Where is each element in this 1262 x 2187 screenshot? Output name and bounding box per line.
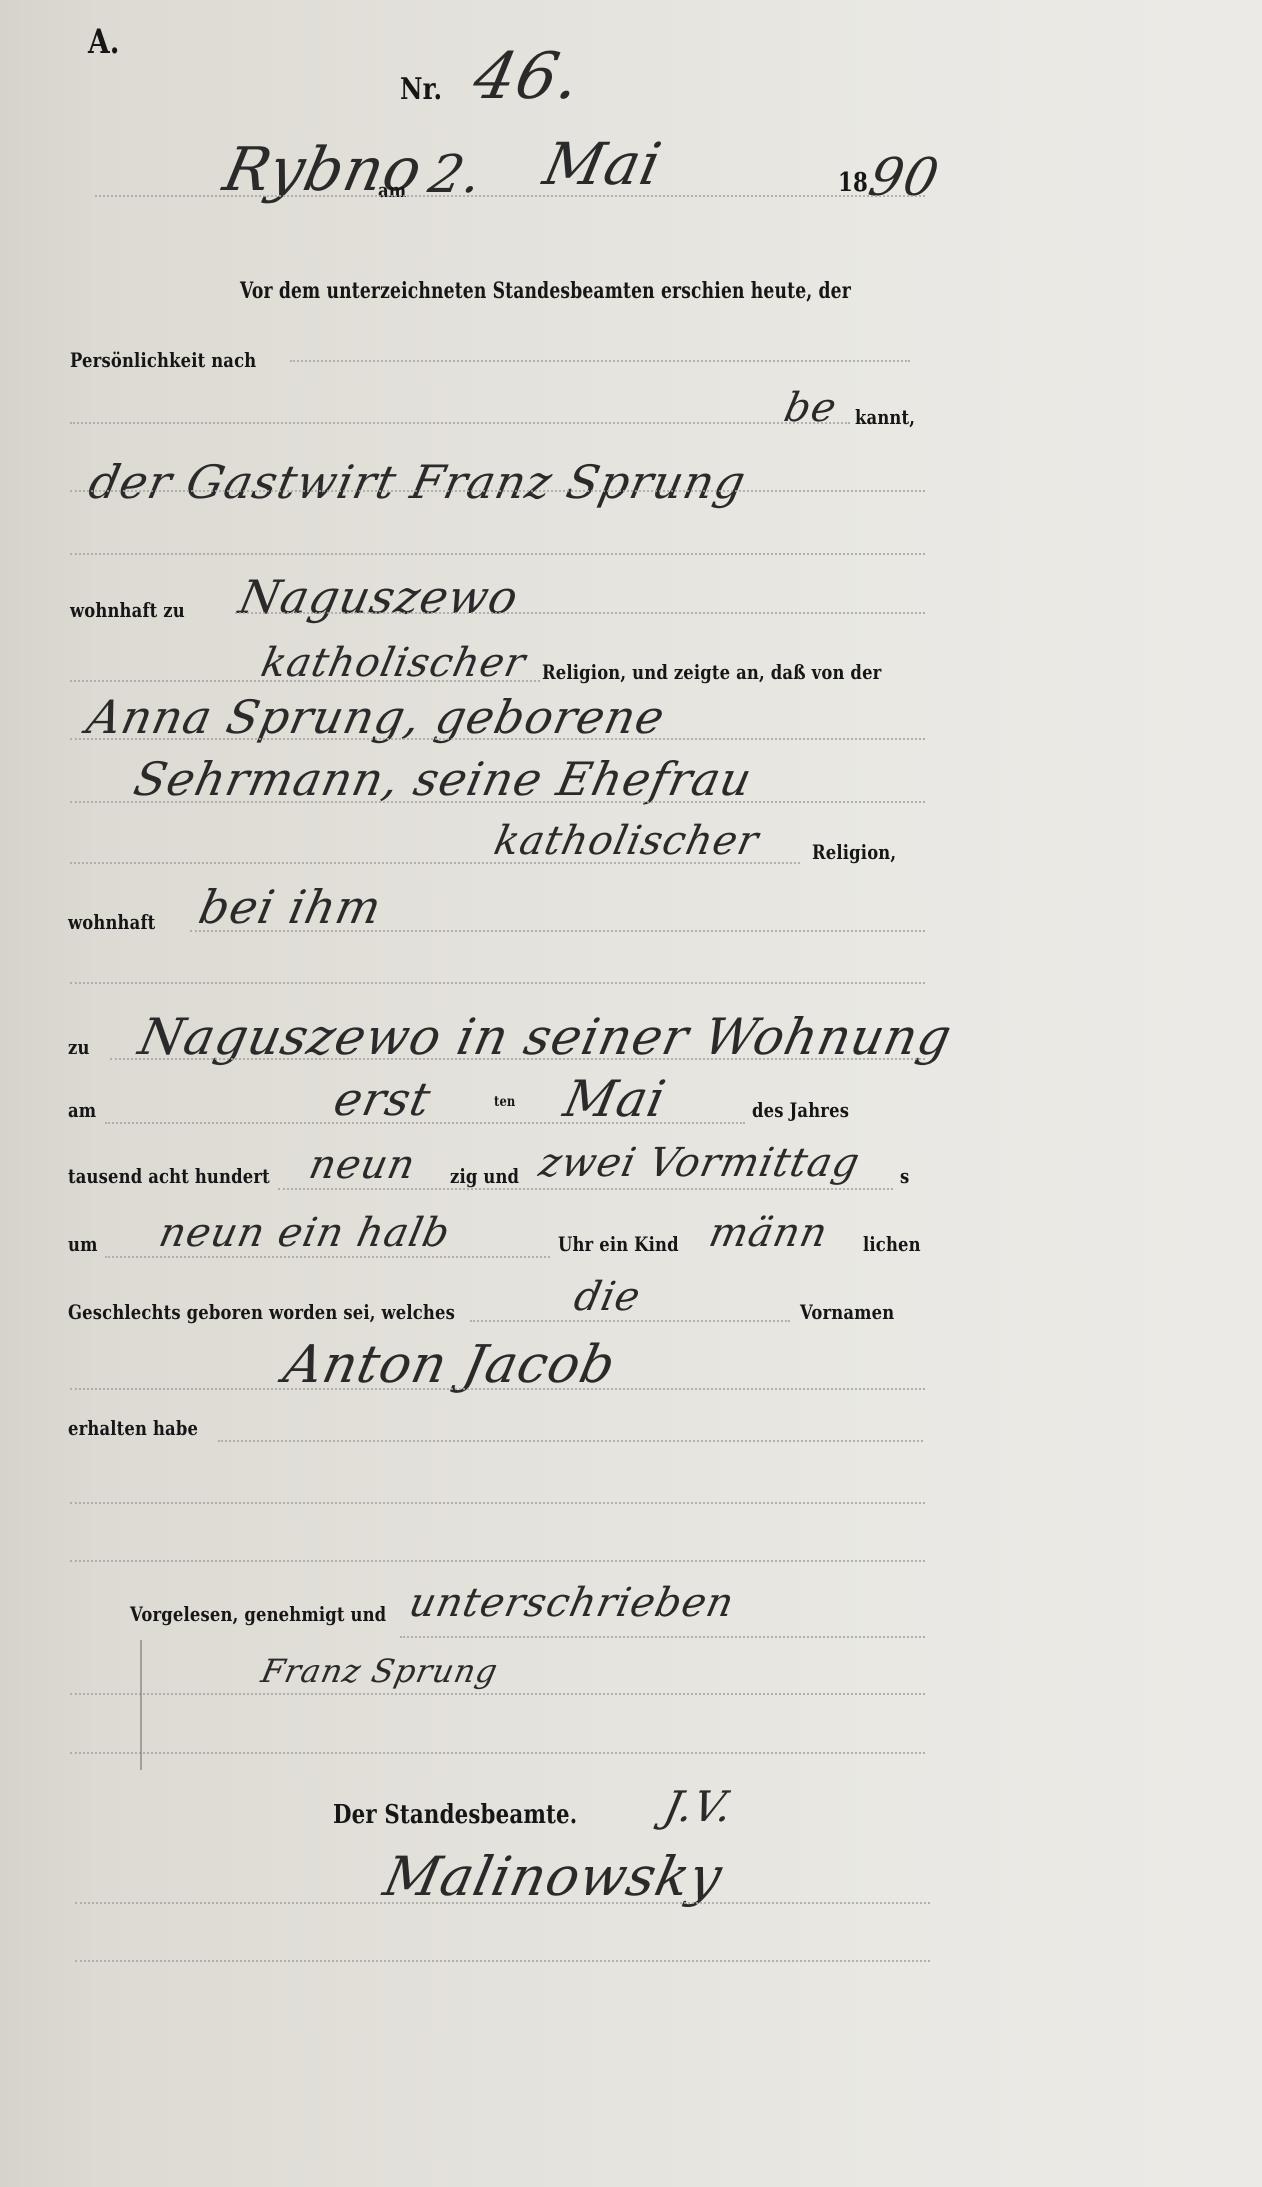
- ruled-line: [470, 1320, 790, 1322]
- ruled-line: [70, 1560, 925, 1562]
- lichen-suffix: lichen: [863, 1232, 921, 1256]
- ruled-line: [110, 1058, 925, 1060]
- ruled-line: [105, 1256, 550, 1258]
- geschlechts-label: Geschlechts geboren worden sei, welches: [68, 1300, 455, 1324]
- ruled-line: [70, 422, 850, 424]
- ruled-line: [70, 1693, 925, 1695]
- record-number: 46.: [467, 40, 588, 114]
- section-letter: A.: [88, 22, 120, 62]
- ruled-line: [70, 738, 925, 740]
- mother-line1: Anna Sprung, geborene: [82, 690, 670, 744]
- birth-hour: neun ein halb: [155, 1210, 454, 1256]
- read-approved-label: Vorgelesen, genehmigt und: [130, 1602, 386, 1626]
- child-sex: männ: [705, 1210, 832, 1256]
- ruled-line: [70, 1752, 925, 1754]
- margin-mark: [140, 1640, 142, 1770]
- erhalten-label: erhalten habe: [68, 1416, 198, 1440]
- ruled-line: [290, 360, 910, 362]
- religion-label: Religion,: [812, 840, 896, 864]
- signed-word: unterschrieben: [405, 1580, 738, 1626]
- given-names: Anton Jacob: [279, 1335, 622, 1395]
- year-handwritten: 90: [864, 148, 945, 208]
- date-month: Mai: [538, 130, 668, 198]
- article: die: [570, 1274, 645, 1320]
- resident-at-label: wohnhaft zu: [70, 598, 185, 622]
- on-label: am: [68, 1098, 96, 1122]
- known-suffix: kannt,: [855, 405, 915, 429]
- ruled-line: [278, 1188, 893, 1190]
- s-suffix: s: [900, 1164, 909, 1188]
- ruled-line: [70, 490, 925, 492]
- of-year-label: des Jahres: [752, 1098, 849, 1122]
- registrar-label: Der Standesbeamte.: [333, 1800, 577, 1830]
- religion-announce: Religion, und zeigte an, daß von der: [542, 660, 881, 684]
- ruled-line: [70, 680, 540, 682]
- ruled-line: [70, 862, 800, 864]
- mother-religion: katholischer: [490, 818, 763, 864]
- register-page: A. Nr. 46. Rybno am 2. Mai 18 90 Vor dem…: [0, 0, 1262, 2187]
- at-label: zu: [68, 1035, 90, 1059]
- uhr-kind-label: Uhr ein Kind: [558, 1232, 679, 1256]
- date-prefix: am: [378, 178, 406, 202]
- informant: der Gastwirt Franz Sprung: [84, 455, 751, 509]
- year-printed: 18: [838, 168, 868, 198]
- resident-label: wohnhaft: [68, 910, 155, 934]
- registrar-initials: J.V.: [660, 1782, 738, 1831]
- mother-residence: bei ihm: [194, 880, 386, 934]
- ruled-line: [70, 1388, 925, 1390]
- ruled-line: [218, 1440, 923, 1442]
- ruled-line: [70, 801, 925, 803]
- ruled-line: [400, 1636, 925, 1638]
- number-label: Nr.: [400, 72, 442, 107]
- thousand-label: tausend acht hundert: [68, 1164, 270, 1188]
- ruled-line: [70, 1502, 925, 1504]
- mother-line2: Sehrmann, seine Ehefrau: [129, 752, 757, 806]
- zig-und-label: zig und: [450, 1164, 519, 1188]
- known-prefix: be: [780, 385, 841, 431]
- um-label: um: [68, 1232, 98, 1256]
- father-signature: Franz Sprung: [258, 1652, 502, 1690]
- vornamen-label: Vornamen: [800, 1300, 894, 1324]
- informant-residence: Naguszewo: [234, 570, 523, 624]
- ruled-line: [75, 1902, 930, 1904]
- ruled-line: [190, 930, 925, 932]
- ruled-line: [235, 612, 925, 614]
- time-of-day: zwei Vormittag: [535, 1140, 864, 1186]
- ruled-line: [75, 1960, 930, 1962]
- registrar-signature: Malinowsky: [378, 1845, 728, 1908]
- personality-label: Persönlichkeit nach: [70, 348, 256, 372]
- birth-day: erst: [329, 1072, 436, 1126]
- year-tens: neun: [305, 1142, 420, 1188]
- intro-text: Vor dem unterzeichneten Standesbeamten e…: [240, 278, 851, 304]
- ruled-line: [70, 982, 925, 984]
- ruled-line: [105, 1122, 745, 1124]
- ruled-line: [95, 195, 925, 197]
- birth-month: Mai: [559, 1070, 671, 1128]
- ruled-line: [70, 553, 925, 555]
- ten-suffix: ten: [494, 1094, 515, 1110]
